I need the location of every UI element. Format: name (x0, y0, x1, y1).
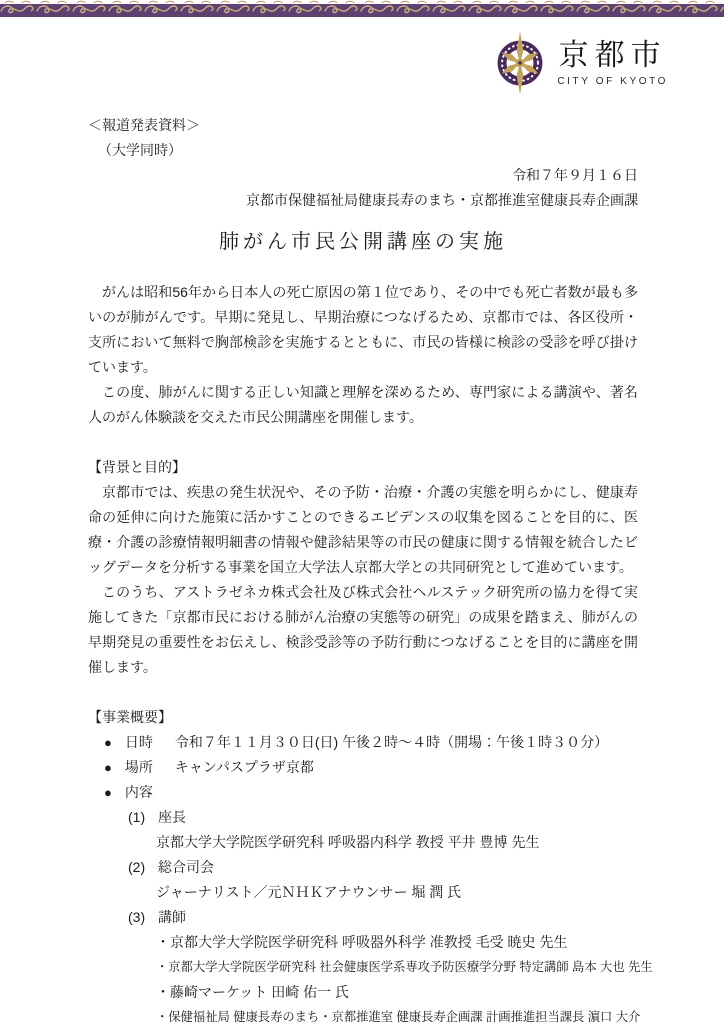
background-paragraph-2: このうち、アストラゼネカ株式会社及び株式会社ヘルステック研究所の協力を得て実施し… (88, 580, 638, 680)
bullet-icon: ● (104, 730, 112, 755)
overview-section: 【事業概要】 ● 日時 令和７年１１月３０日(日) 午後２時～４時（開場：午後１… (88, 705, 638, 1024)
issuing-department: 京都市保健福祉局健康長寿のまち・京都推進室健康長寿企画課 (88, 188, 638, 213)
logo-text: 京都市 CITY OF KYOTO (557, 39, 668, 87)
logo-city-name-en: CITY OF KYOTO (557, 76, 668, 87)
intro-paragraph-1: がんは昭和56年から日本人の死亡原因の第１位であり、その中でも死亡者数が最も多い… (88, 280, 638, 380)
document-body: ＜報道発表資料＞ （大学同時） 令和７年９月１６日 京都市保健福祉局健康長寿のま… (0, 113, 724, 1024)
page-title: 肺がん市民公開講座の実施 (88, 230, 638, 255)
lecturer-line: ・京都大学大学院医学研究科 呼吸器外科学 准教授 毛受 暁史 先生 (156, 930, 638, 955)
lecturer-line: ・京都大学大学院医学研究科 社会健康医学系専攻予防医療学分野 特定講師 島本 大… (156, 955, 638, 980)
document-header: ＜報道発表資料＞ （大学同時） 令和７年９月１６日 京都市保健福祉局健康長寿のま… (88, 113, 638, 213)
content-item-chair: (1) 座長 (128, 805, 638, 830)
release-date: 令和７年９月１６日 (88, 163, 638, 188)
ornament-border (0, 0, 724, 17)
bullet-value: キャンパスプラザ京都 (175, 755, 314, 780)
bullet-value: 令和７年１１月３０日(日) 午後２時～４時（開場：午後１時３０分） (175, 730, 608, 755)
chair-name-line: 京都大学大学院医学研究科 呼吸器内科学 教授 平井 豊博 先生 (156, 830, 638, 855)
bullet-label: 場所 (125, 755, 153, 780)
item-label: 総合司会 (158, 855, 214, 880)
bullet-icon: ● (104, 755, 112, 780)
background-section-heading: 【背景と目的】 (88, 455, 638, 480)
overview-section-heading: 【事業概要】 (88, 705, 638, 730)
item-number: (1) (128, 805, 158, 830)
kyoto-city-logo: 京都市 CITY OF KYOTO (0, 31, 724, 95)
content-item-lecturers: (3) 講師 (128, 905, 638, 930)
bullet-icon: ● (104, 780, 112, 805)
lecturer-line: ・保健福祉局 健康長寿のまち・京都推進室 健康長寿企画課 計画推進担当課長 濵口… (156, 1005, 638, 1024)
doc-type-label: ＜報道発表資料＞ (88, 113, 638, 138)
mc-name-line: ジャーナリスト／元ＮＨＫアナウンサー 堀 潤 氏 (156, 880, 638, 905)
item-number: (2) (128, 855, 158, 880)
intro-section: がんは昭和56年から日本人の死亡原因の第１位であり、その中でも死亡者数が最も多い… (88, 280, 638, 430)
simultaneous-release-note: （大学同時） (88, 138, 638, 163)
bullet-label: 日時 (125, 730, 153, 755)
kyoto-city-emblem-icon (492, 31, 548, 95)
intro-paragraph-2: この度、肺がんに関する正しい知識と理解を深めるため、専門家による講演や、著名人の… (88, 380, 638, 430)
overview-bullet-datetime: ● 日時 令和７年１１月３０日(日) 午後２時～４時（開場：午後１時３０分） (104, 730, 638, 755)
background-section: 【背景と目的】 京都市では、疾患の発生状況や、その予防・治療・介護の実態を明らか… (88, 455, 638, 680)
bullet-label: 内容 (125, 780, 153, 805)
press-release-page: 京都市 CITY OF KYOTO ＜報道発表資料＞ （大学同時） 令和７年９月… (0, 0, 724, 1024)
lecturer-line: ・藤崎マーケット 田崎 佑一 氏 (156, 980, 638, 1005)
logo-city-name: 京都市 (559, 39, 667, 74)
overview-bullet-place: ● 場所 キャンパスプラザ京都 (104, 755, 638, 780)
item-label: 座長 (158, 805, 186, 830)
item-label: 講師 (158, 905, 186, 930)
overview-bullet-contents: ● 内容 (104, 780, 638, 805)
item-number: (3) (128, 905, 158, 930)
content-item-mc: (2) 総合司会 (128, 855, 638, 880)
background-paragraph-1: 京都市では、疾患の発生状況や、その予防・治療・介護の実態を明らかにし、健康寿命の… (88, 480, 638, 580)
